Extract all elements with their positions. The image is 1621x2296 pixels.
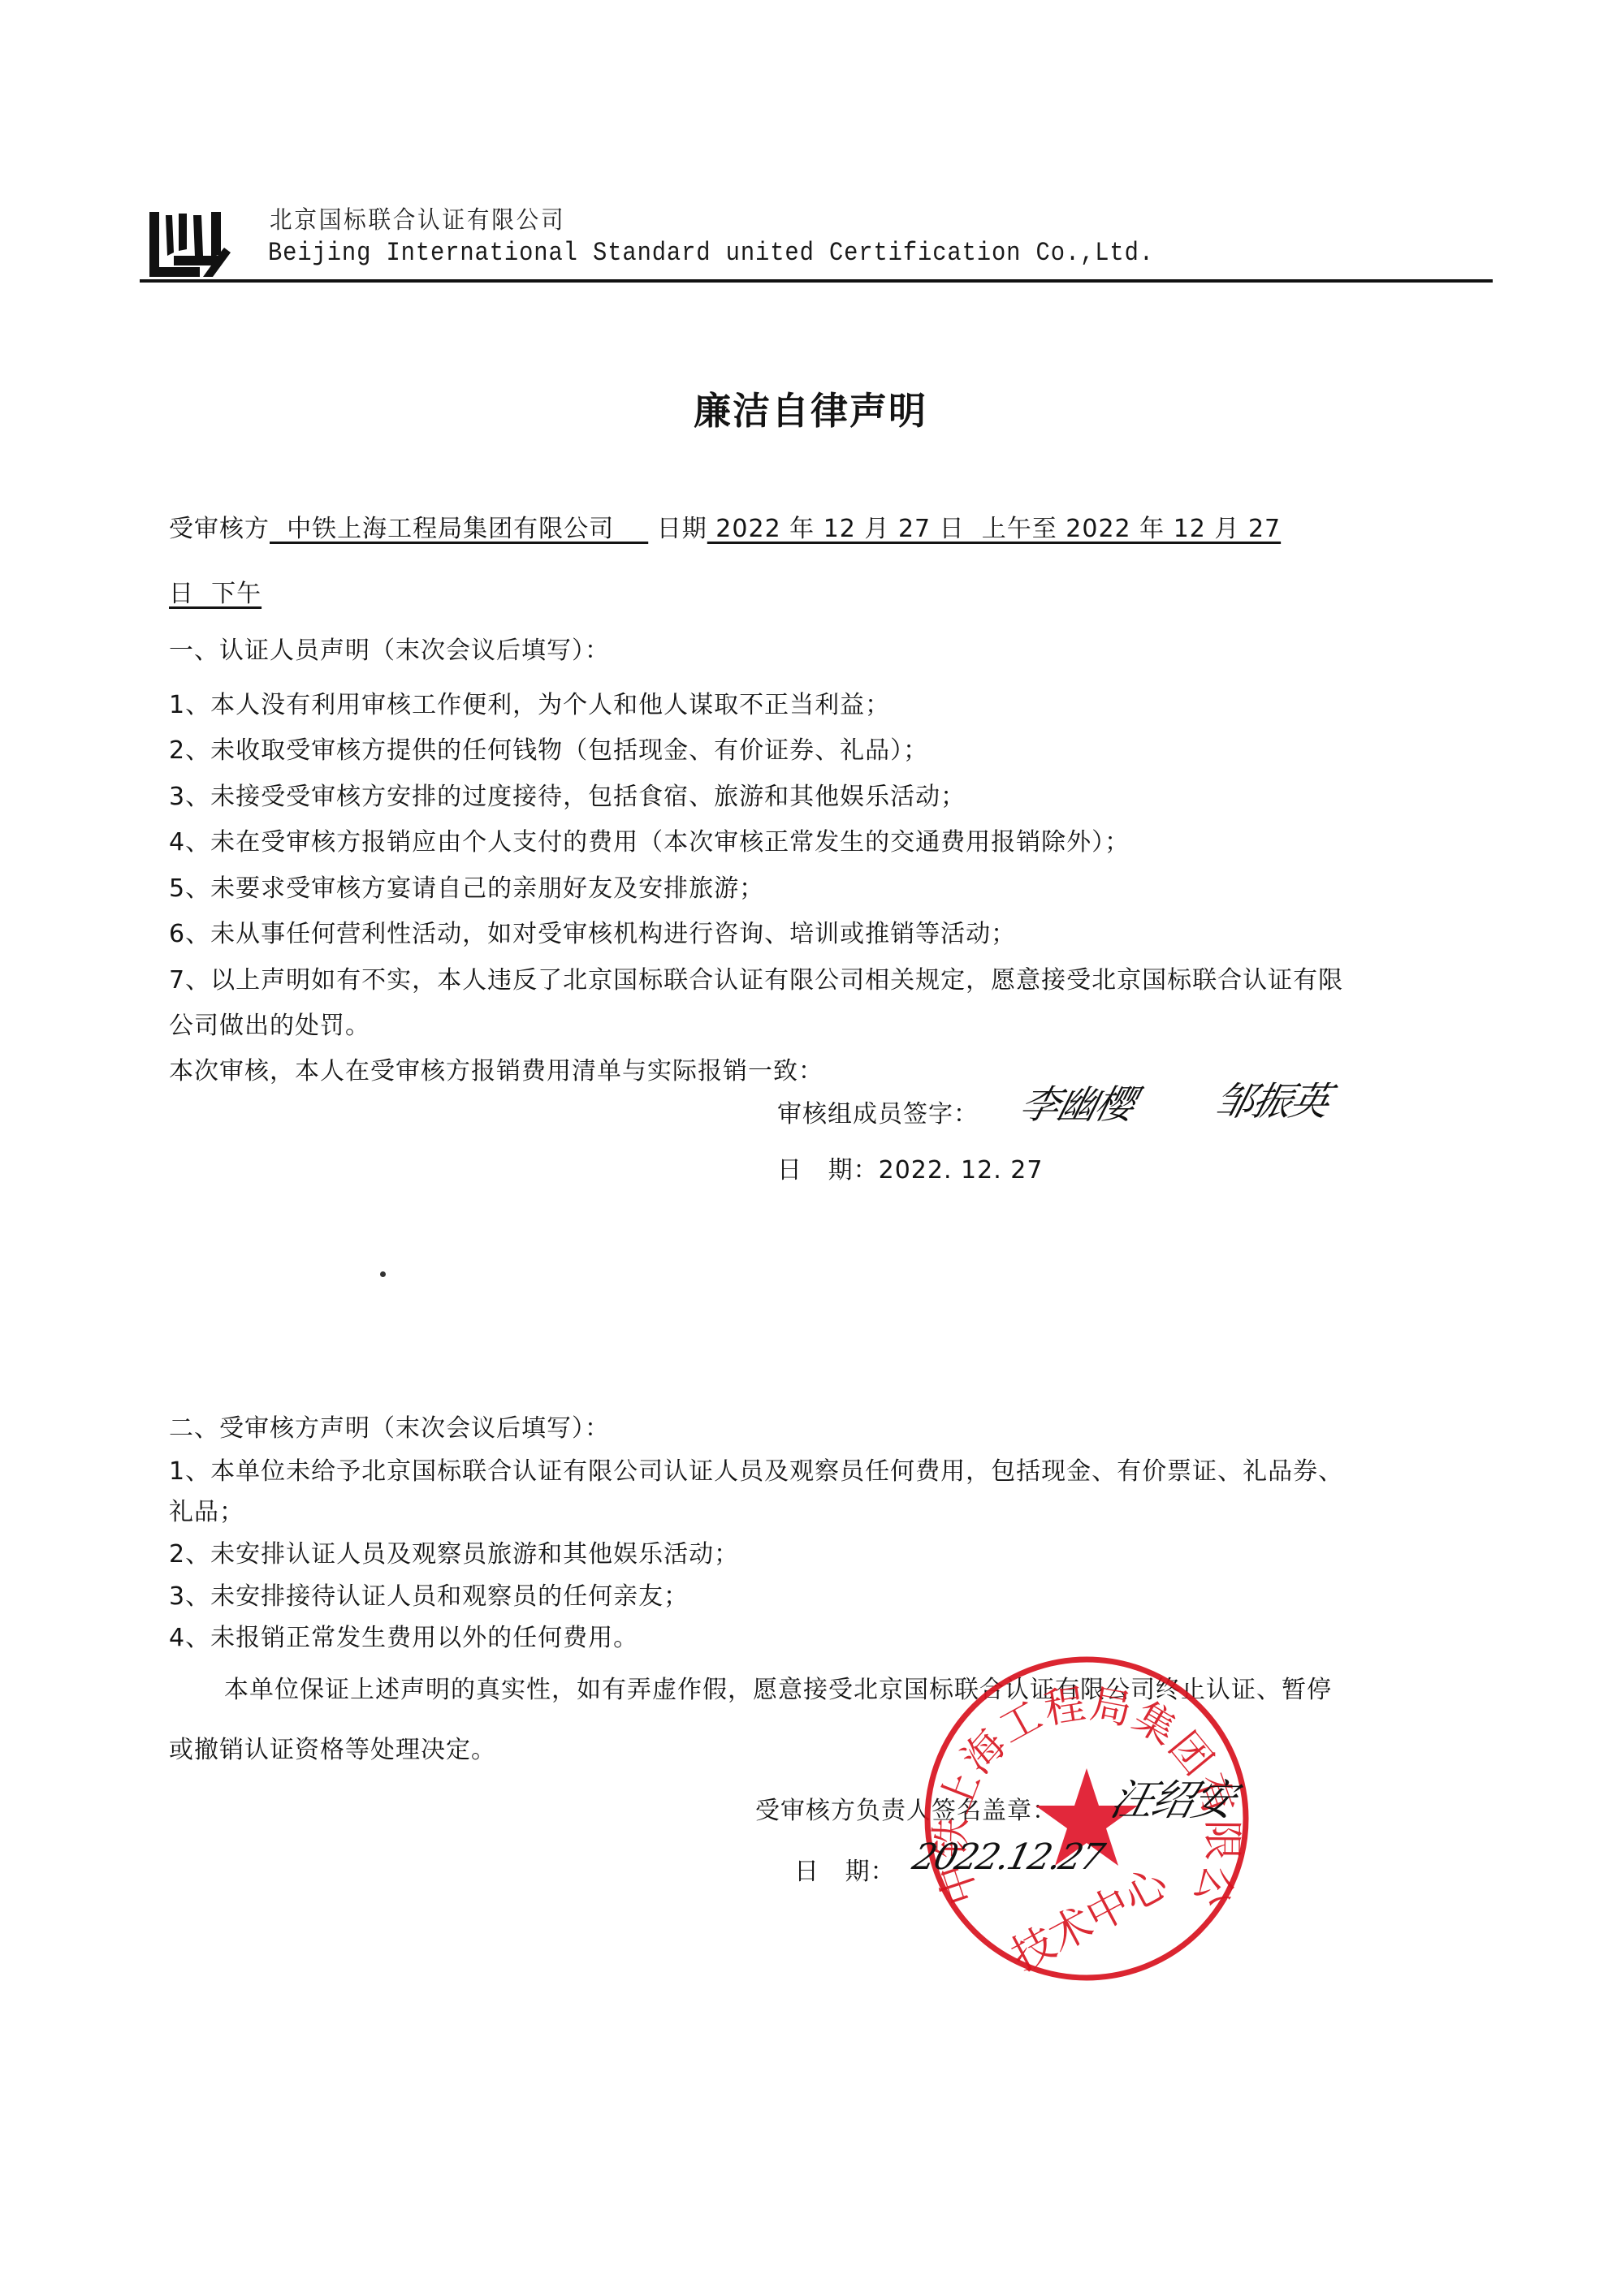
auditee-date-label: 日 期： bbox=[794, 1851, 896, 1887]
section1-item: 5、未要求受审核方宴请自己的亲朋好友及安排旅游； bbox=[169, 868, 764, 904]
company-name-cn: 北京国标联合认证有限公司 bbox=[270, 200, 565, 235]
auditee-label: 受审核方 bbox=[169, 515, 270, 543]
auditor-signature-2: 邹振英 bbox=[1209, 1070, 1335, 1126]
auditee-signature: 汪绍安 bbox=[1105, 1766, 1243, 1827]
section2-heading: 二、受审核方声明（末次会议后填写）： bbox=[169, 1408, 610, 1444]
section1-item: 7、以上声明如有不实，本人违反了北京国标联合认证有限公司相关规定，愿意接受北京国… bbox=[169, 960, 1343, 995]
guarantee-paragraph-cont: 或撤销认证资格等处理决定。 bbox=[169, 1729, 496, 1765]
section1-heading: 一、认证人员声明（末次会议后填写）： bbox=[169, 630, 610, 666]
auditor-date-value: 2022. 12. 27 bbox=[879, 1156, 1044, 1185]
scan-speck bbox=[380, 1271, 386, 1277]
auditor-date-label: 日 期：2022. 12. 27 bbox=[777, 1150, 1043, 1185]
section2-item: 1、本单位未给予北京国标联合认证有限公司认证人员及观察员任何费用，包括现金、有价… bbox=[169, 1451, 1343, 1487]
section1-item: 4、未在受审核方报销应由个人支付的费用（本次审核正常发生的交通费用报销除外）； bbox=[169, 822, 1130, 857]
section2-item: 4、未报销正常发生费用以外的任何费用。 bbox=[169, 1617, 638, 1653]
document-title: 廉洁自律声明 bbox=[0, 382, 1621, 435]
header-divider bbox=[140, 279, 1493, 283]
date-label: 日期 bbox=[657, 515, 707, 543]
auditee-date-value: 2022.12.27 bbox=[909, 1836, 1108, 1878]
section2-item-cont: 礼品； bbox=[169, 1491, 244, 1527]
auditee-name: 中铁上海工程局集团有限公司 bbox=[270, 515, 648, 543]
date-label: 日 期： bbox=[777, 1156, 879, 1185]
auditor-signature-label: 审核组成员签字： bbox=[777, 1094, 979, 1129]
section1-item-cont: 公司做出的处罚。 bbox=[169, 1005, 370, 1041]
auditor-signature-1: 李幽樱 bbox=[1014, 1073, 1140, 1129]
section1-item: 3、未接受受审核方安排的过度接待，包括食宿、旅游和其他娱乐活动； bbox=[169, 776, 966, 812]
section2-item: 2、未安排认证人员及观察员旅游和其他娱乐活动； bbox=[169, 1534, 739, 1569]
section1-item: 1、本人没有利用审核工作便利，为个人和他人谋取不正当利益； bbox=[169, 684, 890, 720]
expense-statement: 本次审核，本人在受审核方报销费用清单与实际报销一致： bbox=[169, 1051, 823, 1086]
company-logo-icon bbox=[146, 207, 260, 282]
section2-item: 3、未安排接待认证人员和观察员的任何亲友； bbox=[169, 1576, 689, 1612]
audit-date-range-cont: 日 下午 bbox=[169, 573, 262, 609]
section1-item: 2、未收取受审核方提供的任何钱物（包括现金、有价证券、礼品）； bbox=[169, 730, 928, 766]
auditee-line: 受审核方 中铁上海工程局集团有限公司 日期 2022 年 12 月 27 日 上… bbox=[169, 508, 1281, 544]
company-name-en: Beijing International Standard united Ce… bbox=[268, 238, 1154, 268]
audit-date-range: 2022 年 12 月 27 日 上午至 2022 年 12 月 27 bbox=[707, 515, 1281, 543]
section1-item: 6、未从事任何营利性活动，如对受审核机构进行咨询、培训或推销等活动； bbox=[169, 913, 1016, 949]
